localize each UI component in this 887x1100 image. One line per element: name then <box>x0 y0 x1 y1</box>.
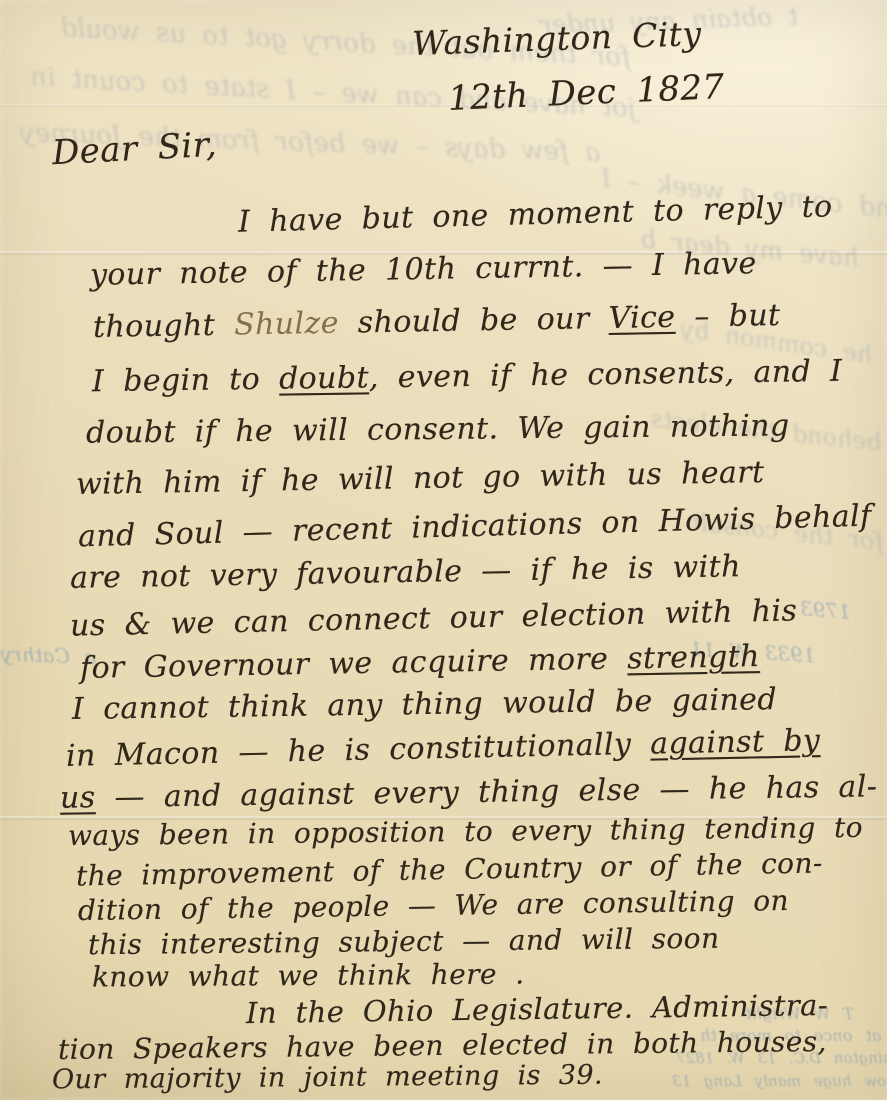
bleedthrough-line: 1793 <box>799 598 851 622</box>
letter-line: and Soul — recent indications on Howis b… <box>78 502 872 553</box>
letter-line: I begin to doubt, even if he consents, a… <box>92 357 843 397</box>
letter-line: thought Shulze should be our Vice – but <box>93 301 781 343</box>
letter-place: Washington City <box>412 17 702 60</box>
letter-salutation: Dear Sir, <box>51 128 217 171</box>
letter-line: us & we can connect our election with hi… <box>70 596 798 641</box>
letter-line: I have but one moment to reply to <box>238 192 833 238</box>
letter-line: with him if he will not go with us heart <box>76 458 765 500</box>
letter-page: t obtain any underfor them out the dorry… <box>0 0 887 1100</box>
letter-line: us — and against every thing else — he h… <box>60 772 878 813</box>
letter-line: tion Speakers have been elected in both … <box>58 1028 827 1064</box>
letter-line: in Macon — he is constitutionally agains… <box>66 726 821 772</box>
letter-line: are not very favourable — if he is with <box>70 552 741 594</box>
letter-line: dition of the people — We are consulting… <box>78 887 789 925</box>
letter-line: doubt if he will consent. We gain nothin… <box>86 411 790 448</box>
letter-line: your note of the 10th currnt. — I have <box>90 249 757 291</box>
letter-date: 12th Dec 1827 <box>447 70 725 116</box>
letter-line: ways been in opposition to every thing t… <box>68 814 863 850</box>
letter-line: this interesting subject — and will soon <box>88 925 720 960</box>
letter-line: for Governour we acquire more strength <box>80 642 760 684</box>
letter-line: know what we think here . <box>92 960 525 991</box>
letter-line: In the Ohio Legislature. Administra- <box>246 991 828 1028</box>
bleedthrough-line: know huge manly Lang 13 <box>672 1074 887 1089</box>
letter-line: I cannot think any thing would be gained <box>72 685 777 725</box>
letter-line: Our majority in joint meeting is 39. <box>52 1062 603 1094</box>
fold-crease <box>0 104 887 107</box>
